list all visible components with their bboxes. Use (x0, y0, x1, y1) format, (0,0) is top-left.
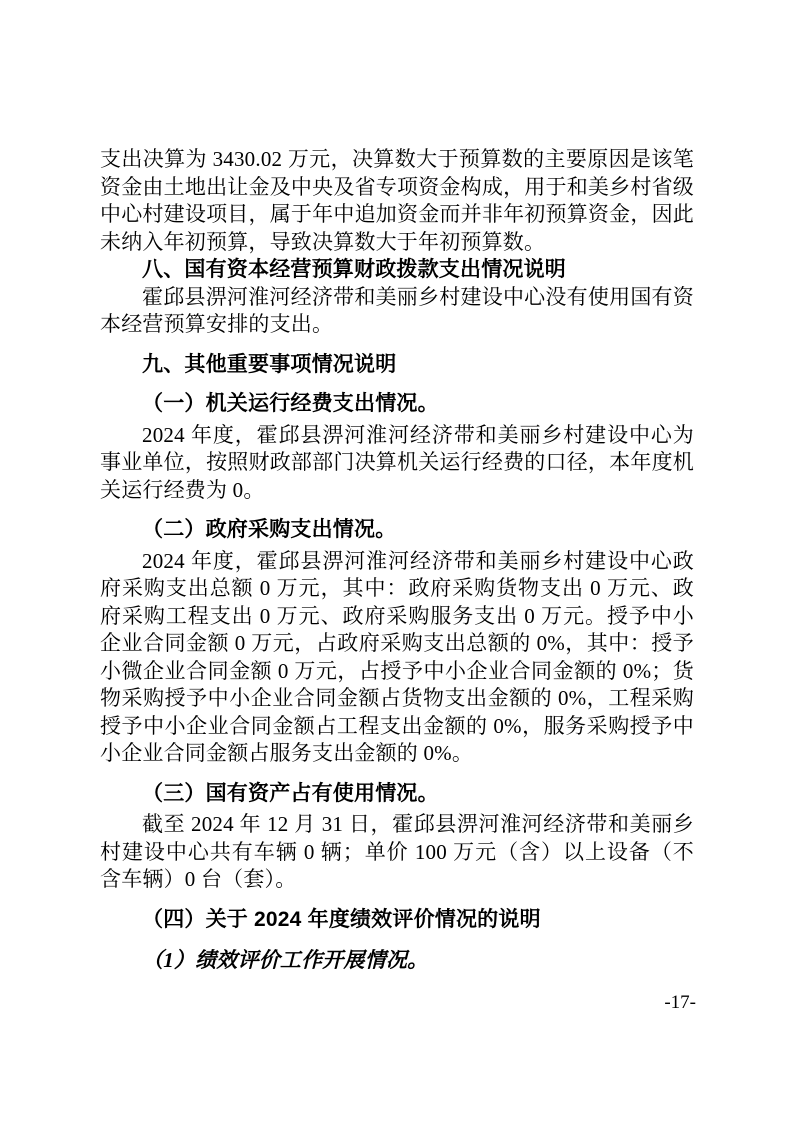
page-number: -17- (100, 992, 696, 1014)
paragraph-state-owned-assets-detail: 截至 2024 年 12 月 31 日，霍邱县淠河淮河经济带和美丽乡村建设中心共… (100, 811, 694, 894)
document-content: 支出决算为 3430.02 万元，决算数大于预算数的主要原因是该笔资金由土地出让… (100, 146, 694, 979)
paragraph-operating-expenses-detail: 2024 年度，霍邱县淠河淮河经济带和美丽乡村建设中心为事业单位，按照财政部部门… (100, 422, 694, 505)
document-page: 支出决算为 3430.02 万元，决算数大于预算数的主要原因是该笔资金由土地出让… (0, 0, 793, 1122)
paragraph-state-capital-budget-statement: 霍邱县淠河淮河经济带和美丽乡村建设中心没有使用国有资本经营预算安排的支出。 (100, 284, 694, 339)
heading-item-1-performance-evaluation-work: （1）绩效评价工作开展情况。 (100, 947, 694, 975)
heading-subsection-2-government-procurement: （二）政府采购支出情况。 (100, 516, 694, 544)
heading-subsection-4-performance-evaluation: （四）关于 2024 年度绩效评价情况的说明 (100, 906, 694, 934)
heading-subsection-1-operating-expenses: （一）机关运行经费支出情况。 (100, 390, 694, 418)
heading-section-9-other-important-matters: 九、其他重要事项情况说明 (100, 351, 694, 379)
paragraph-expenditure-final-accounts-explanation: 支出决算为 3430.02 万元，决算数大于预算数的主要原因是该笔资金由土地出让… (100, 146, 694, 256)
heading-subsection-3-state-owned-assets: （三）国有资产占有使用情况。 (100, 780, 694, 808)
paragraph-government-procurement-detail: 2024 年度，霍邱县淠河淮河经济带和美丽乡村建设中心政府采购支出总额 0 万元… (100, 548, 694, 768)
heading-section-8-state-capital-budget: 八、国有资本经营预算财政拨款支出情况说明 (100, 256, 694, 284)
